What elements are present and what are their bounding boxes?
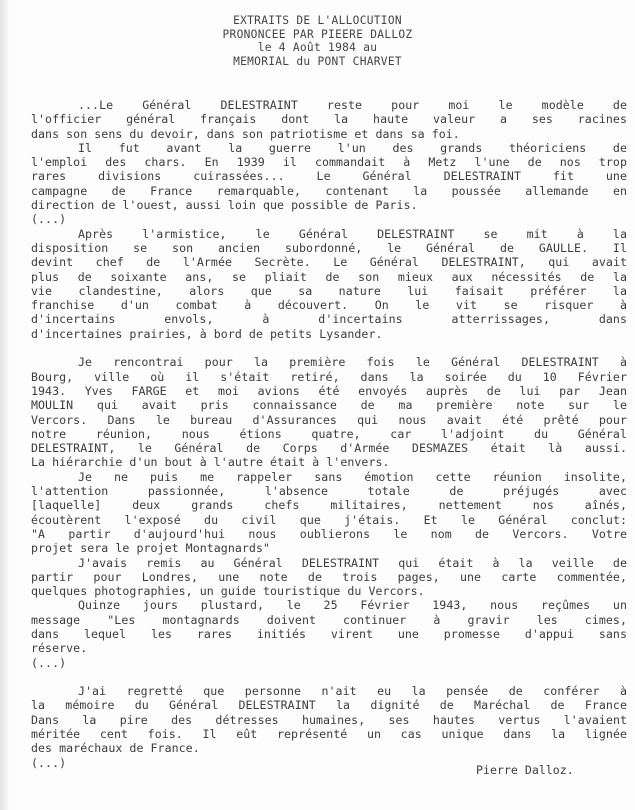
text-line: Je ne puis me rappeler sans émotion cett… <box>31 470 627 484</box>
paragraph-gap <box>31 341 627 355</box>
text-line: méritée cent fois. Il eût représenté un … <box>31 727 627 741</box>
text-line: Je rencontrai pour la première fois le G… <box>31 355 627 369</box>
text-line: dans son sens du devoir, dans son patrio… <box>31 127 627 141</box>
text-line: (...) <box>31 212 627 226</box>
paragraph: J'avais remis au Général DELESTRAINT qui… <box>31 556 627 599</box>
paragraph: Je ne puis me rappeler sans émotion cett… <box>31 470 627 556</box>
text-line: Bourg, ville où il s'était retiré, dans … <box>31 370 627 384</box>
text-line: Vercors. Dans le bureau d'Assurances qui… <box>31 413 627 427</box>
text-line: plus de soixante ans, se pliait de son m… <box>31 270 627 284</box>
paragraph: Il fut avant la guerre l'un des grands t… <box>31 141 627 212</box>
text-line: J'avais remis au Général DELESTRAINT qui… <box>31 556 627 570</box>
document-header: EXTRAITS DE L'ALLOCUTION PRONONCEE PAR P… <box>0 14 635 68</box>
scan-edge-shadow <box>0 0 10 810</box>
ellipsis-marker: (...) <box>31 212 627 226</box>
paragraph: Après l'armistice, le Général DELESTRAIN… <box>31 227 627 341</box>
text-line: la mémoire du Général DELESTRAINT la dig… <box>31 698 627 712</box>
paragraph: Je rencontrai pour la première fois le G… <box>31 355 627 469</box>
text-line: rares divisions cuirassées... Le Général… <box>31 169 627 183</box>
text-line: [laquelle] deux grands chefs militaires,… <box>31 498 627 512</box>
text-line: Dans la pire des détresses humaines, ses… <box>31 713 627 727</box>
text-line: franchise d'un combat à découvert. On le… <box>31 298 627 312</box>
text-line: dans lequel les rares initiés virent une… <box>31 627 627 641</box>
text-line: message "Les montagnards doivent continu… <box>31 613 627 627</box>
header-speaker-line: PRONONCEE PAR PIEERE DALLOZ <box>0 28 635 42</box>
signature: Pierre Dalloz. <box>476 763 574 777</box>
paragraph: ...Le Général DELESTRAINT reste pour moi… <box>31 98 627 141</box>
document-page: EXTRAITS DE L'ALLOCUTION PRONONCEE PAR P… <box>0 0 635 810</box>
text-line: "A partir d'aujourd'hui nous oublierons … <box>31 527 627 541</box>
text-line: des maréchaux de France. <box>31 741 627 755</box>
paragraph: J'ai regretté que personne n'ait eu la p… <box>31 684 627 755</box>
header-date-line: le 4 Août 1984 au <box>0 41 635 55</box>
text-line: MOULIN qui avait pris connaissance de ma… <box>31 398 627 412</box>
text-line: (...) <box>31 656 627 670</box>
text-line: l'emploi des chars. En 1939 il commandai… <box>31 155 627 169</box>
text-line: ...Le Général DELESTRAINT reste pour moi… <box>31 98 627 112</box>
text-line: devint chef de l'Armée Secrète. Le Génér… <box>31 255 627 269</box>
text-line: disposition se son ancien subordonné, le… <box>31 241 627 255</box>
text-line: Quinze jours plustard, le 25 Février 194… <box>31 598 627 612</box>
header-title-line: EXTRAITS DE L'ALLOCUTION <box>0 14 635 28</box>
ellipsis-marker: (...) <box>31 656 627 670</box>
text-line: Il fut avant la guerre l'un des grands t… <box>31 141 627 155</box>
text-line: quelques photographies, un guide tourist… <box>31 584 627 598</box>
text-line: vie clandestine, alors que sa nature lui… <box>31 284 627 298</box>
paragraph: Quinze jours plustard, le 25 Février 194… <box>31 598 627 655</box>
text-line: direction de l'ouest, aussi loin que pos… <box>31 198 627 212</box>
text-line: l'officier général français dont la haut… <box>31 112 627 126</box>
paragraph-gap <box>31 670 627 684</box>
text-line: campagne de France remarquable, contenan… <box>31 184 627 198</box>
text-line: 1943. Yves FARGE et moi avions été envoy… <box>31 384 627 398</box>
text-line: d'incertains envols, à d'incertains atte… <box>31 312 627 326</box>
document-body: ...Le Général DELESTRAINT reste pour moi… <box>31 98 627 770</box>
text-line: l'attention passionnée, l'absence totale… <box>31 484 627 498</box>
text-line: projet sera le projet Montagnards" <box>31 541 627 555</box>
header-location-line: MEMORIAL du PONT CHARVET <box>0 55 635 69</box>
text-line: DELESTRAINT, le Général de Corps d'Armée… <box>31 441 627 455</box>
text-line: Après l'armistice, le Général DELESTRAIN… <box>31 227 627 241</box>
text-line: écoutèrent l'exposé du civil que j'étais… <box>31 513 627 527</box>
text-line: d'incertaines prairies, à bord de petits… <box>31 327 627 341</box>
text-line: La hiérarchie d'un bout à l'autre était … <box>31 455 627 469</box>
text-line: notre réunion, nous étions quatre, car l… <box>31 427 627 441</box>
text-line: J'ai regretté que personne n'ait eu la p… <box>31 684 627 698</box>
text-line: réserve. <box>31 641 627 655</box>
text-line: partir pour Londres, une note de trois p… <box>31 570 627 584</box>
